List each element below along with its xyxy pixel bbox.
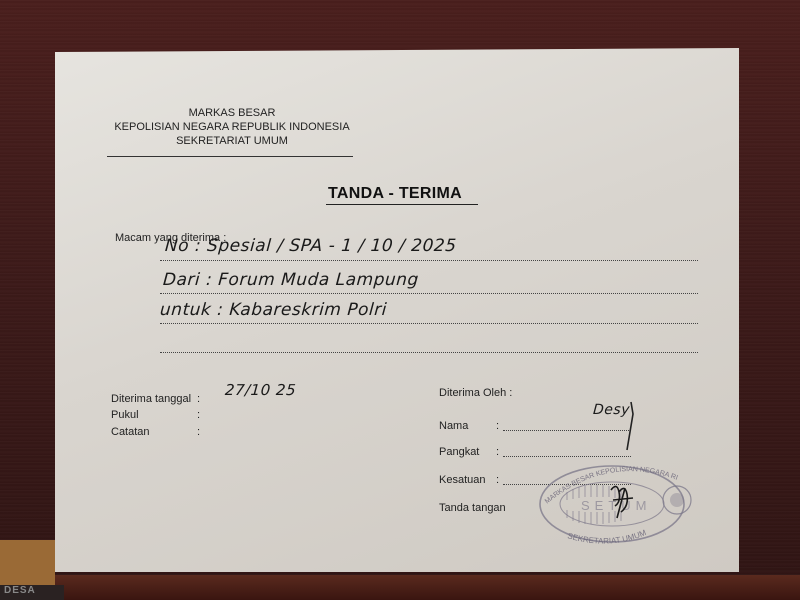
unit-colon: :	[496, 474, 499, 486]
received-date-colon: :	[197, 393, 200, 405]
rank-label: Pangkat	[439, 446, 479, 458]
receipt-paper: MARKAS BESAR KEPOLISIAN NEGARA REPUBLIK …	[55, 48, 739, 572]
name-line	[503, 430, 631, 431]
received-date-label: Diterima tanggal	[111, 393, 191, 405]
time-label: Pukul	[111, 409, 139, 421]
corner-label: DESA	[0, 585, 64, 600]
name-stroke-mark	[621, 400, 635, 452]
handwritten-recipient: untuk : Kabareskrim Polri	[159, 300, 387, 320]
stamp-bottom-text: SEKRETARIAT UMUM	[567, 528, 648, 545]
received-line-1	[160, 260, 698, 261]
rank-line	[503, 456, 631, 457]
handwritten-letter-number: No : Spesial / SPA - 1 / 10 / 2025	[164, 236, 457, 256]
letterhead: MARKAS BESAR KEPOLISIAN NEGARA REPUBLIK …	[107, 106, 357, 148]
received-line-4	[160, 352, 698, 353]
notes-label: Catatan	[111, 426, 150, 438]
signature-scribble	[607, 480, 637, 520]
table-edge	[0, 575, 800, 600]
letterhead-line-2: KEPOLISIAN NEGARA REPUBLIK INDONESIA	[107, 120, 357, 134]
letterhead-line-1: MARKAS BESAR	[107, 106, 357, 120]
title-underline	[326, 204, 478, 205]
letterhead-divider	[107, 156, 353, 157]
received-line-3	[160, 323, 698, 324]
received-line-2	[160, 293, 698, 294]
unit-label: Kesatuan	[439, 474, 485, 486]
notes-colon: :	[197, 426, 200, 438]
rank-colon: :	[496, 446, 499, 458]
letterhead-line-3: SEKRETARIAT UMUM	[107, 134, 357, 148]
received-by-heading: Diterima Oleh :	[439, 387, 512, 399]
document-title: TANDA - TERIMA	[328, 185, 462, 203]
name-label: Nama	[439, 420, 468, 432]
svg-text:SEKRETARIAT UMUM: SEKRETARIAT UMUM	[567, 528, 648, 545]
time-colon: :	[197, 409, 200, 421]
cardboard-corner	[0, 540, 55, 585]
handwritten-date: 27/10 25	[224, 381, 296, 399]
name-colon: :	[496, 420, 499, 432]
handwritten-sender: Dari : Forum Muda Lampung	[162, 270, 419, 290]
signature-label: Tanda tangan	[439, 502, 506, 514]
